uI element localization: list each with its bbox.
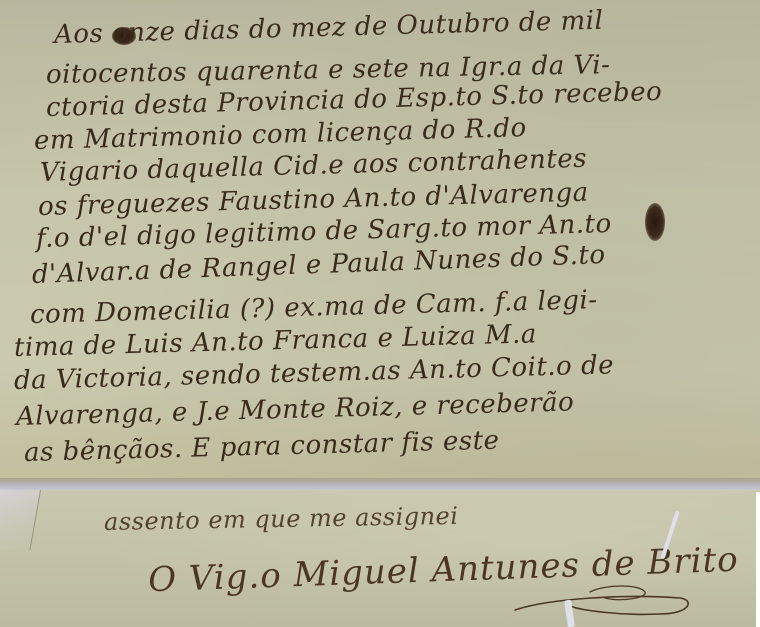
document-page-top-fragment: Aos onze dias do mez de Outubro de mil o… bbox=[0, 0, 760, 490]
folded-corner bbox=[0, 490, 41, 550]
scan-border bbox=[756, 492, 760, 627]
manuscript-closing-line: assento em que me assignei bbox=[104, 502, 459, 536]
manuscript-line-1: Aos onze dias do mez de Outubro de mil bbox=[54, 6, 604, 50]
ink-blot bbox=[645, 203, 665, 241]
page-edge-gap bbox=[0, 478, 760, 490]
signature-flourish-icon bbox=[510, 580, 700, 620]
manuscript-line-13: as bênçãos. E para constar fis este bbox=[24, 426, 500, 468]
